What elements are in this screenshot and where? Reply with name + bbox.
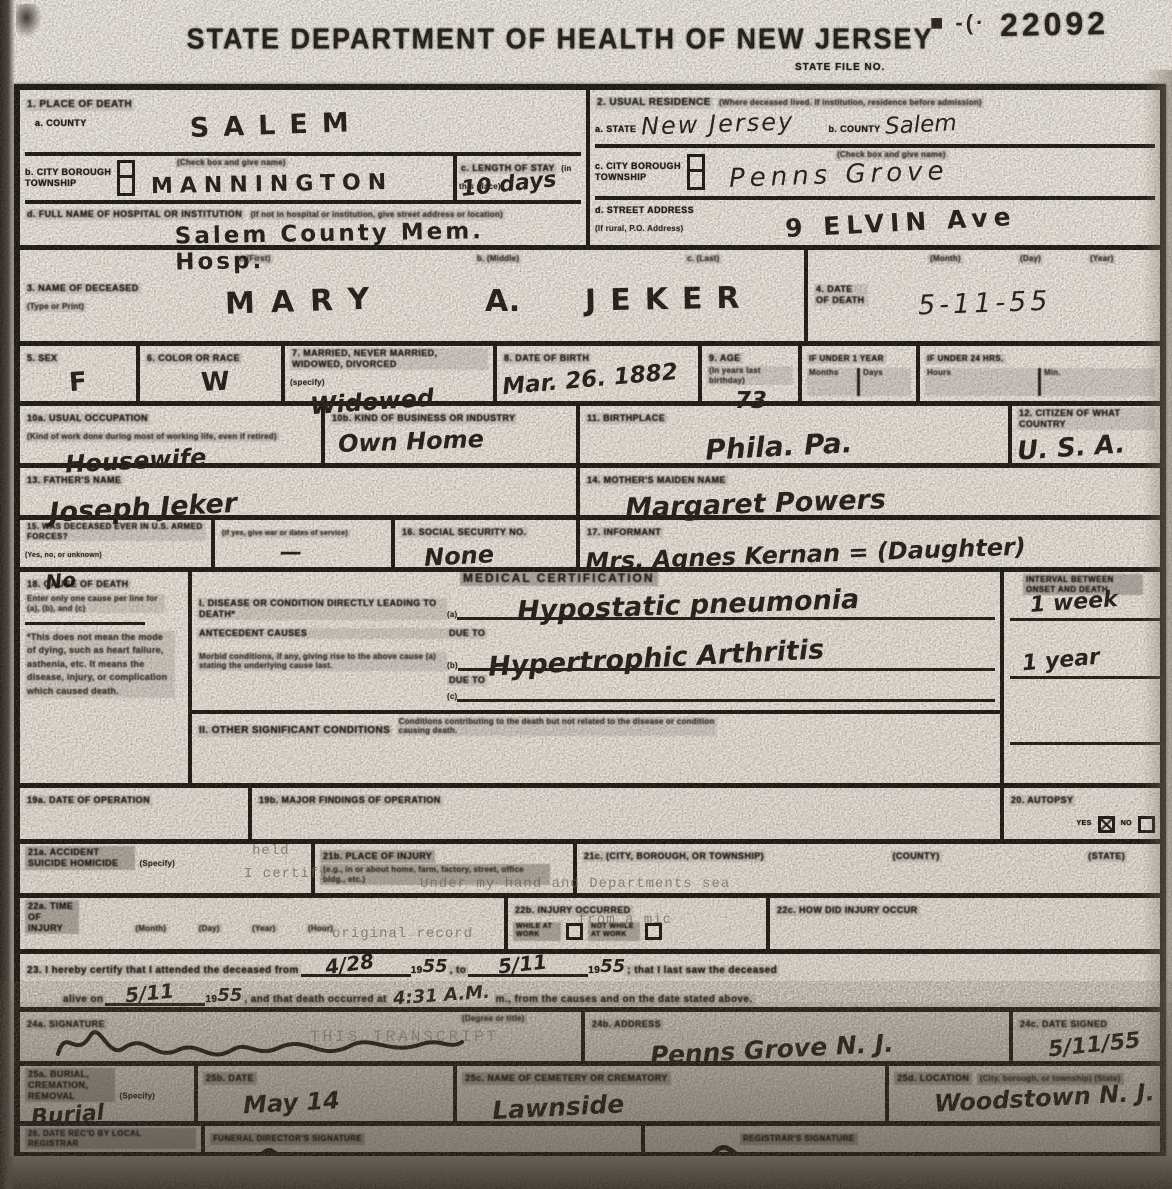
marital-hint: (specify) xyxy=(290,378,325,387)
under24-hours: Hours xyxy=(925,368,1041,396)
res-city-label: c. CITY BOROUGH TOWNSHIP xyxy=(595,161,687,183)
autopsy-yes-checkbox xyxy=(1098,816,1115,833)
scan-right-edge xyxy=(1142,70,1172,1160)
industry-value: Own Home xyxy=(338,422,572,458)
last-name-hint: c. (Last) xyxy=(685,254,721,264)
mother-cell: 14. MOTHER'S MAIDEN NAME Margaret Powers xyxy=(580,468,1160,515)
scan-blob xyxy=(16,4,42,38)
operation-date-label: 19a. DATE OF OPERATION xyxy=(25,795,152,806)
bleed-through-text: THIS TRANSCRIPT xyxy=(310,1028,499,1046)
certify-part6: m., from the causes and on the date stat… xyxy=(494,994,755,1006)
how-injury-label: 22c. HOW DID INJURY OCCUR xyxy=(775,905,920,916)
cause-label: 18. CAUSE OF DEATH xyxy=(25,579,131,590)
medical-certification-title: MEDICAL CERTIFICATION xyxy=(460,570,658,586)
last-name-value: JEKER xyxy=(585,281,754,319)
due-to-2: DUE TO xyxy=(447,675,487,686)
b-mark: (b) xyxy=(447,661,458,671)
row-name: 3. NAME OF DECEASED (Type or Print) a. (… xyxy=(20,250,1160,346)
other-conditions-hint: Conditions contributing to the death but… xyxy=(397,717,717,736)
race-cell: 6. COLOR OR RACE W xyxy=(140,346,285,401)
checkbox-ladder-icon xyxy=(687,154,705,190)
certify-yr1: 55 xyxy=(423,956,448,977)
certificate-form: 1. PLACE OF DEATH a. COUNTY SALEM b. CIT… xyxy=(14,84,1166,1158)
accident-hint: (Specify) xyxy=(139,859,175,868)
death-certificate-scan: STATE DEPARTMENT OF HEALTH OF NEW JERSEY… xyxy=(0,0,1172,1189)
res-city-value: Penns Grove xyxy=(729,156,949,194)
middle-name-value: A. xyxy=(485,284,520,319)
bleed-through-text: from a mic xyxy=(578,912,672,928)
address-value: Penns Grove N. J. xyxy=(649,1023,1004,1070)
dod-label: 4. DATE OF DEATH xyxy=(814,284,868,306)
res-street-label: d. STREET ADDRESS xyxy=(595,205,694,215)
physician-signature-cell: 24a. SIGNATURE (Degree or title) xyxy=(20,1012,585,1061)
certify-19b: 19 xyxy=(588,965,600,977)
certify-part2: , to xyxy=(448,965,469,977)
under-1-year-cell: IF UNDER 1 YEAR Months Days xyxy=(802,346,920,401)
bleed-through-text: original record xyxy=(332,926,473,942)
certify-part1: 23. I hereby certify that I attended the… xyxy=(25,965,301,977)
under-24-hrs-cell: IF UNDER 24 HRS. Hours Min. xyxy=(920,346,1160,401)
pod-city-label: b. CITY BOROUGH TOWNSHIP xyxy=(25,167,117,189)
certify-part3: ; that I last saw the deceased xyxy=(625,965,779,977)
date-signed-label: 24c. DATE SIGNED xyxy=(1018,1019,1109,1030)
forces-hint2: (If yes, give war or dates of service) xyxy=(220,530,350,538)
father-cell: 13. FATHER'S NAME Joseph Jeker xyxy=(20,468,580,515)
age-cell: 9. AGE (In years last birthday) 73 xyxy=(702,346,802,401)
autopsy-yes-label: YES xyxy=(1076,820,1091,828)
birthplace-label: 11. BIRTHPLACE xyxy=(585,413,667,424)
mother-label: 14. MOTHER'S MAIDEN NAME xyxy=(585,475,728,486)
burial-date-value: May 14 xyxy=(242,1081,449,1120)
under24-label: IF UNDER 24 HRS. xyxy=(925,354,1006,364)
c-mark: (c) xyxy=(447,692,457,702)
citizen-value: U. S. A. xyxy=(1016,427,1156,467)
res-county-value: Salem xyxy=(884,110,957,140)
interval-cell: INTERVAL BETWEEN ONSET AND DEATH 1 week … xyxy=(1004,572,1160,783)
row-operation: 19a. DATE OF OPERATION 19b. MAJOR FINDIN… xyxy=(20,788,1160,844)
antecedent-hint: Morbid conditions, if any, giving rise t… xyxy=(197,652,447,671)
autopsy-cell: 20. AUTOPSY YES NO xyxy=(1004,788,1160,839)
burial-date-label: 25b. DATE xyxy=(203,1072,257,1085)
disease-value: Hypostatic pneumonia xyxy=(517,584,860,627)
pod-city-hint: (Check box and give name) xyxy=(175,158,288,168)
citizen-cell: 12. CITIZEN OF WHAT COUNTRY U. S. A. xyxy=(1012,406,1160,463)
under1-days: Days xyxy=(860,368,911,396)
first-name-hint: a. (First) xyxy=(235,254,273,264)
date-signed-cell: 24c. DATE SIGNED 5/11/55 xyxy=(1013,1012,1160,1061)
father-label: 13. FATHER'S NAME xyxy=(25,475,123,486)
certify-alive-value: 5/11 xyxy=(124,979,175,1008)
bleed-through-text: I certify xyxy=(244,866,329,882)
time-year-hint: (Year) xyxy=(250,924,277,934)
name-of-deceased-cell: 3. NAME OF DECEASED (Type or Print) a. (… xyxy=(20,250,808,341)
certify-part4: alive on xyxy=(61,994,105,1006)
a-mark: (a) xyxy=(447,610,457,620)
cemetery-label: 25c. NAME OF CEMETERY OR CREMATORY xyxy=(462,1072,670,1085)
time-of-injury-label: 22a. TIME OF INJURY xyxy=(25,900,79,934)
age-hint: (In years last birthday) xyxy=(707,366,793,385)
certify-statement-cell: 23. I hereby certify that I attended the… xyxy=(20,954,1160,1007)
middle-name-hint: b. (Middle) xyxy=(475,254,521,264)
state-file-no-label: STATE FILE NO. xyxy=(795,62,885,73)
res-street-value: 9 ELVIN Ave xyxy=(784,202,1017,243)
ssn-label: 16. SOCIAL SECURITY NO. xyxy=(400,527,528,538)
antecedent-label: ANTECEDENT CAUSES xyxy=(197,628,447,639)
row-disposition: 25a. BURIAL, CREMATION, REMOVAL (Specify… xyxy=(20,1066,1160,1126)
other-conditions-label: II. OTHER SIGNIFICANT CONDITIONS xyxy=(197,725,392,737)
marital-label: 7. MARRIED, NEVER MARRIED, WIDOWED, DIVO… xyxy=(290,348,488,370)
sex-label: 5. SEX xyxy=(25,353,59,364)
sex-value: F xyxy=(68,364,132,398)
first-name-value: MARY xyxy=(224,281,385,322)
res-state-label: a. STATE xyxy=(595,124,636,134)
interval-b-value: 1 year xyxy=(1021,645,1101,677)
name-label: 3. NAME OF DECEASED xyxy=(25,283,141,294)
accident-label: 21a. ACCIDENT SUICIDE HOMICIDE xyxy=(25,846,135,870)
row-parents: 13. FATHER'S NAME Joseph Jeker 14. MOTHE… xyxy=(20,468,1160,520)
sex-cell: 5. SEX F xyxy=(20,346,140,401)
res-state-value: New Jersey xyxy=(640,107,794,140)
usual-residence-section: 2. USUAL RESIDENCE (Where deceased lived… xyxy=(590,90,1160,245)
cause-of-death-notes-cell: 18. CAUSE OF DEATH Enter only one cause … xyxy=(20,572,192,783)
forces-value2: — xyxy=(280,540,386,565)
res-section-label: 2. USUAL RESIDENCE xyxy=(595,97,713,109)
cause-of-death-entry-cell: I. DISEASE OR CONDITION DIRECTLY LEADING… xyxy=(192,572,1004,783)
certify-19c: 19 xyxy=(205,994,217,1006)
dod-month-hint: (Month) xyxy=(928,254,963,264)
place-of-death-section: 1. PLACE OF DEATH a. COUNTY SALEM b. CIT… xyxy=(20,90,590,245)
operation-findings-cell: 19b. MAJOR FINDINGS OF OPERATION xyxy=(252,788,1004,839)
pod-hospital-label: d. FULL NAME OF HOSPITAL OR INSTITUTION xyxy=(25,209,244,220)
bleed-through-text: Under my hand and Departments sea xyxy=(420,876,730,892)
how-injury-cell: 22c. HOW DID INJURY OCCUR xyxy=(770,898,1160,949)
operation-date-cell: 19a. DATE OF OPERATION xyxy=(20,788,252,839)
industry-label: 10b. KIND OF BUSINESS OR INDUSTRY xyxy=(330,413,517,424)
scan-left-edge xyxy=(0,0,15,1189)
injury-city-label: 21c. (CITY, BOROUGH, OR TOWNSHIP) xyxy=(582,851,766,862)
disease-label: I. DISEASE OR CONDITION DIRECTLY LEADING… xyxy=(197,598,447,620)
row-attestation: 24a. SIGNATURE (Degree or title) 24b. AD… xyxy=(20,1012,1160,1066)
autopsy-label: 20. AUTOPSY xyxy=(1009,795,1075,806)
certify-yr3: 55 xyxy=(217,985,242,1006)
informant-label: 17. INFORMANT xyxy=(585,527,663,538)
birthplace-value: Phila. Pa. xyxy=(704,418,1003,467)
cause-note1: Enter only one cause per line for (a), (… xyxy=(25,594,165,613)
informant-value: Mrs. Agnes Kernan = (Daughter) xyxy=(585,528,1156,576)
operation-findings-label: 19b. MAJOR FINDINGS OF OPERATION xyxy=(257,795,443,806)
burial-cell: 25a. BURIAL, CREMATION, REMOVAL (Specify… xyxy=(20,1066,198,1121)
place-of-injury-label: 21b. PLACE OF INJURY xyxy=(320,850,435,863)
under24-min: Min. xyxy=(1041,368,1155,396)
bleed-through-text: held xyxy=(252,843,290,859)
row-place-residence: 1. PLACE OF DEATH a. COUNTY SALEM b. CIT… xyxy=(20,90,1160,250)
ssn-value: None xyxy=(423,536,571,572)
marital-cell: 7. MARRIED, NEVER MARRIED, WIDOWED, DIVO… xyxy=(285,346,497,401)
burial-label: 25a. BURIAL, CREMATION, REMOVAL xyxy=(25,1068,115,1102)
dob-value: Mar. 26. 1882 xyxy=(501,358,694,401)
pod-section-label: 1. PLACE OF DEATH xyxy=(25,99,134,111)
page-title: STATE DEPARTMENT OF HEALTH OF NEW JERSEY xyxy=(150,23,970,56)
dod-day-hint: (Day) xyxy=(1018,254,1043,264)
occupation-cell: 10a. USUAL OCCUPATION (Kind of work done… xyxy=(20,406,325,463)
scan-bottom-strip xyxy=(0,1156,1172,1189)
row-medical-certification: MEDICAL CERTIFICATION 18. CAUSE OF DEATH… xyxy=(20,572,1160,788)
certify-to-value: 5/11 xyxy=(497,950,548,979)
due-to-1: DUE TO xyxy=(447,628,487,639)
checkbox-ladder-icon xyxy=(117,160,135,196)
injury-county-label: (COUNTY) xyxy=(891,851,942,862)
injury-state-label: (STATE) xyxy=(1086,851,1127,862)
birthplace-cell: 11. BIRTHPLACE Phila. Pa. xyxy=(580,406,1012,463)
row-stats: 5. SEX F 6. COLOR OR RACE W 7. MARRIED, … xyxy=(20,346,1160,406)
address-cell: 24b. ADDRESS Penns Grove N. J. xyxy=(585,1012,1013,1061)
under1-months: Months xyxy=(807,368,860,396)
row-certify-statement: 23. I hereby certify that I attended the… xyxy=(20,954,1160,1012)
name-label-hint: (Type or Print) xyxy=(25,302,86,312)
pod-county-value: SALEM xyxy=(189,107,363,155)
res-street-hint: (If rural, P.O. Address) xyxy=(595,224,683,233)
row-occupation: 10a. USUAL OCCUPATION (Kind of work done… xyxy=(20,406,1160,468)
file-number-mark: ■ -(· xyxy=(930,10,986,36)
cemetery-cell: 25c. NAME OF CEMETERY OR CREMATORY Lawns… xyxy=(457,1066,889,1121)
forces-hint: (Yes, no, or unknown) xyxy=(25,552,102,559)
dob-cell: 8. DATE OF BIRTH Mar. 26. 1882 xyxy=(497,346,702,401)
under1-label: IF UNDER 1 YEAR xyxy=(807,354,886,364)
dod-year-hint: (Year) xyxy=(1088,254,1115,264)
interval-a-value: 1 week xyxy=(1029,587,1118,618)
certify-time-value: 4:31 A.M. xyxy=(392,982,490,1010)
date-signed-value: 5/11/55 xyxy=(1047,1026,1156,1062)
certify-from-value: 4/28 xyxy=(323,949,375,980)
burial-location-cell: 25d. LOCATION (City, borough, or townshi… xyxy=(889,1066,1160,1121)
while-at-work-label: WHILE AT WORK xyxy=(513,922,561,941)
burial-location-label: 25d. LOCATION xyxy=(894,1072,972,1085)
certify-yr2: 55 xyxy=(600,956,625,977)
cause-note2: *This does not mean the mode of dying, s… xyxy=(25,631,175,699)
res-section-hint: (Where deceased lived. If institution, r… xyxy=(717,98,984,108)
war-dates-cell: (If yes, give war or dates of service) — xyxy=(215,520,395,567)
occupation-label: 10a. USUAL OCCUPATION xyxy=(25,413,150,424)
time-hour-hint: (Hour) xyxy=(306,924,335,934)
pod-hospital-row: d. FULL NAME OF HOSPITAL OR INSTITUTION … xyxy=(25,204,581,243)
certify-part5: , and that death occurred at xyxy=(242,994,388,1006)
file-number: 22092 xyxy=(1000,5,1110,44)
time-month-hint: (Month) xyxy=(133,924,168,934)
pod-county-label: a. COUNTY xyxy=(35,118,190,129)
occupation-hint: (Kind of work done during most of workin… xyxy=(25,432,279,442)
citizen-label: 12. CITIZEN OF WHAT COUNTRY xyxy=(1017,408,1155,430)
dob-label: 8. DATE OF BIRTH xyxy=(502,353,591,364)
burial-date-cell: 25b. DATE May 14 xyxy=(198,1066,457,1121)
pod-city-value: MANNINGTON xyxy=(151,170,394,199)
certify-19a: 19 xyxy=(411,965,423,977)
race-value: W xyxy=(200,364,276,398)
forces-label: 15. WAS DECEASED EVER IN U.S. ARMED FORC… xyxy=(25,522,206,541)
row-service: 15. WAS DECEASED EVER IN U.S. ARMED FORC… xyxy=(20,520,1160,572)
pod-county-row: 1. PLACE OF DEATH a. COUNTY SALEM xyxy=(25,92,581,156)
date-of-death-cell: (Month) (Day) (Year) 4. DATE OF DEATH 5-… xyxy=(808,250,1160,341)
address-label: 24b. ADDRESS xyxy=(590,1019,663,1030)
dod-value: 5-11-55 xyxy=(917,286,1051,322)
industry-cell: 10b. KIND OF BUSINESS OR INDUSTRY Own Ho… xyxy=(325,406,580,463)
race-label: 6. COLOR OR RACE xyxy=(145,353,242,364)
ssn-cell: 16. SOCIAL SECURITY NO. None xyxy=(395,520,580,567)
autopsy-no-label: NO xyxy=(1121,820,1132,828)
age-label: 9. AGE xyxy=(707,353,743,364)
armed-forces-cell: 15. WAS DECEASED EVER IN U.S. ARMED FORC… xyxy=(20,520,215,567)
pod-city-row: b. CITY BOROUGH TOWNSHIP (Check box and … xyxy=(25,156,581,204)
informant-cell: 17. INFORMANT Mrs. Agnes Kernan = (Daugh… xyxy=(580,520,1160,567)
time-day-hint: (Day) xyxy=(197,924,222,934)
res-county-label: b. COUNTY xyxy=(828,124,880,134)
